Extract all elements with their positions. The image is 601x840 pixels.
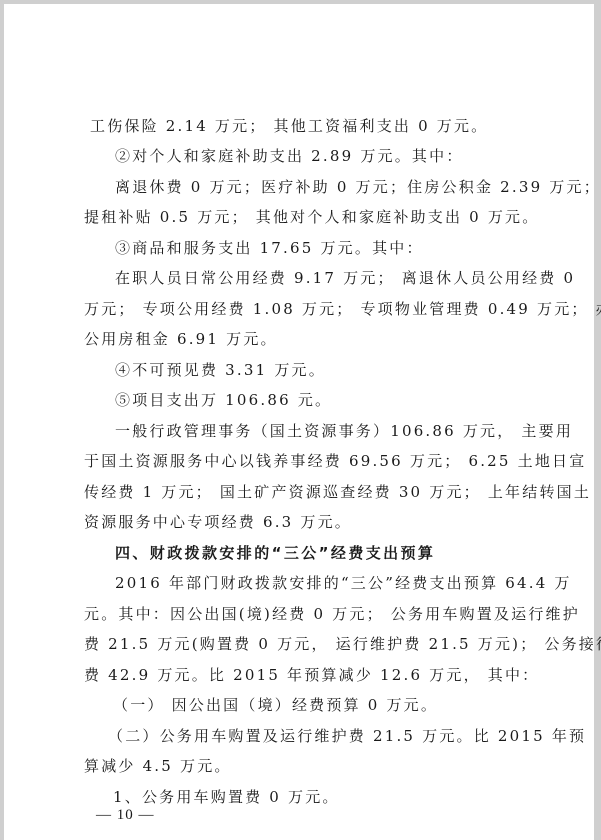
text-line-contingency: ④不可预见费 3.31 万元。 [115, 360, 326, 380]
text-line-vehicle-budget: （二）公务用车购置及运行维护费 21.5 万元。比 2015 年预 [108, 726, 586, 746]
text-line-personal-family-subsidy: ②对个人和家庭补助支出 2.89 万元。其中： [115, 146, 464, 166]
text-line-vehicle-purchase-operation: 费 21.5 万元(购置费 0 万元， 运行维护费 21.5 万元)； 公务接待 [84, 634, 601, 654]
document-page: 工伤保险 2.14 万元； 其他工资福利支出 0 万元。 ②对个人和家庭补助支出… [4, 4, 594, 840]
text-line-rent-subsidy: 提租补贴 0.5 万元； 其他对个人和家庭补助支出 0 万元。 [84, 207, 539, 227]
text-line-three-public-budget: 2016 年部门财政拨款安排的“三公”经费支出预算 64.4 万 [115, 573, 572, 593]
text-line-reception: 费 42.9 万元。比 2015 年预算减少 12.6 万元， 其中： [84, 665, 539, 685]
text-line-carryover: 资源服务中心专项经费 6.3 万元。 [84, 512, 352, 532]
text-line-mineral-inspection: 传经费 1 万元； 国土矿产资源巡查经费 30 万元； 上年结转国土 [84, 482, 591, 502]
page-number: — 10 — [96, 807, 155, 824]
text-line-special-expenses: 万元； 专项公用经费 1.08 万元； 专项物业管理费 0.49 万元； 办 [84, 299, 601, 319]
text-line-general-admin: 一般行政管理事务（国土资源事务）106.86 万元， 主要用 [115, 421, 573, 441]
text-line-vehicle-decrease: 算减少 4.5 万元。 [84, 756, 232, 776]
text-line-overseas-budget: （一） 因公出国（境）经费预算 0 万元。 [113, 695, 438, 715]
text-line-retirement-medical-housing: 离退休费 0 万元；医疗补助 0 万元；住房公积金 2.39 万元； [115, 177, 601, 197]
text-line-land-resource-center: 于国土资源服务中心以钱养事经费 69.56 万元； 6.25 土地日宣 [84, 451, 586, 471]
text-line-public-expenses: 在职人员日常公用经费 9.17 万元； 离退休人员公用经费 0 [115, 268, 575, 288]
text-line-office-rent: 公用房租金 6.91 万元。 [84, 329, 278, 349]
section-heading: 四、财政拨款安排的“三公”经费支出预算 [115, 543, 435, 563]
text-line-workplace-injury-insurance: 工伤保险 2.14 万元； 其他工资福利支出 0 万元。 [90, 116, 488, 136]
text-line-project-expenditure: ⑤项目支出万 106.86 元。 [115, 390, 332, 410]
text-line-goods-services: ③商品和服务支出 17.65 万元。其中： [115, 238, 424, 258]
text-line-vehicle-purchase: 1、公务用车购置费 0 万元。 [113, 787, 340, 807]
text-line-overseas-vehicle: 元。其中：因公出国(境)经费 0 万元； 公务用车购置及运行维护 [84, 604, 580, 624]
